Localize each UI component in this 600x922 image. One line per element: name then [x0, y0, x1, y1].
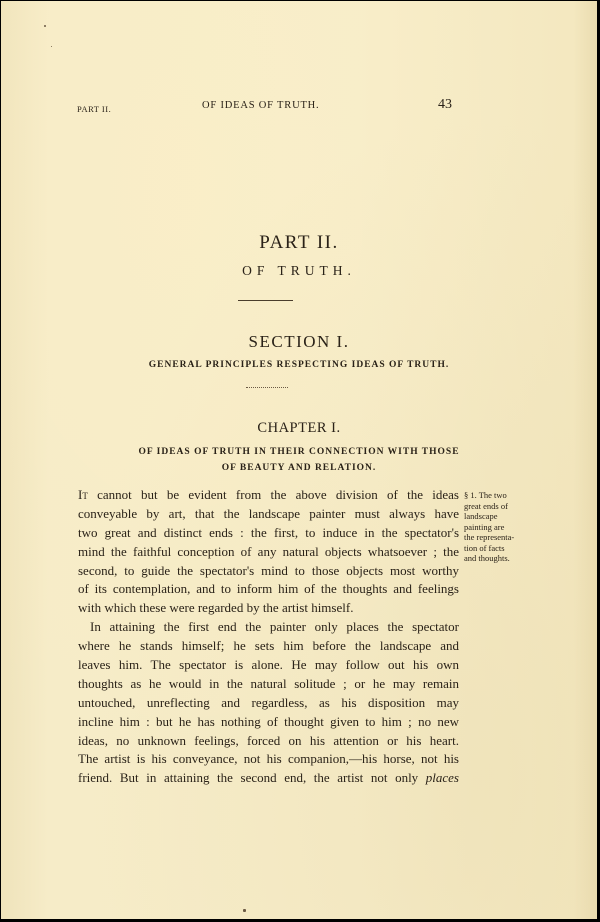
running-head-part: PART II. — [77, 104, 111, 114]
italic-word: places — [426, 770, 459, 785]
part-subtitle: OF TRUTH. — [1, 263, 597, 279]
section-subtitle: GENERAL PRINCIPLES RESPECTING IDEAS OF T… — [1, 360, 597, 370]
page-number: 43 — [438, 97, 452, 113]
chapter-title: CHAPTER I. — [1, 420, 597, 437]
text-line: It cannot but be evident from the above … — [78, 486, 459, 505]
text-line: In attaining the first end the painter o… — [78, 618, 459, 637]
text-line: ideas, no unknown feelings, forced on hi… — [78, 732, 459, 751]
divider-rule — [238, 300, 293, 301]
text-line: two great and distinct ends : the first,… — [78, 524, 459, 543]
text-line: The artist is his conveyance, not his co… — [78, 750, 459, 769]
margin-note-line: § 1. The two — [464, 490, 544, 501]
text-line: friend. But in attaining the second end,… — [78, 769, 459, 788]
running-head-title: OF IDEAS OF TRUTH. — [202, 100, 319, 111]
chapter-subtitle: OF IDEAS OF TRUTH IN THEIR CONNECTION WI… — [1, 444, 597, 476]
margin-note-line: tion of facts — [464, 543, 544, 554]
margin-note-line: the representa- — [464, 532, 544, 543]
body-text: It cannot but be evident from the above … — [78, 486, 459, 788]
margin-note-line: great ends of — [464, 501, 544, 512]
margin-note-line: landscape — [464, 511, 544, 522]
text-line: untouched, unreflecting and regardless, … — [78, 694, 459, 713]
text-line: of its contemplation, and to inform him … — [78, 580, 459, 599]
paper-speck — [51, 46, 52, 47]
text-line: incline him : but he has nothing of thou… — [78, 713, 459, 732]
book-page: PART II. OF IDEAS OF TRUTH. 43 PART II. … — [1, 1, 597, 919]
margin-note-line: and thoughts. — [464, 553, 544, 564]
dropcap-word: It — [78, 487, 88, 502]
text-line: conveyable by art, that the landscape pa… — [78, 505, 459, 524]
chapter-subtitle-line: OF BEAUTY AND RELATION. — [1, 460, 597, 476]
paper-speck — [243, 909, 246, 912]
text-line: mind the faithful conception of any natu… — [78, 543, 459, 562]
chapter-subtitle-line: OF IDEAS OF TRUTH IN THEIR CONNECTION WI… — [1, 444, 597, 460]
section-title: SECTION I. — [1, 332, 597, 352]
dotted-ornament — [246, 387, 288, 388]
margin-note-line: painting are — [464, 522, 544, 533]
text-line: thoughts as he would in the natural soli… — [78, 675, 459, 694]
text-line: leaves him. The spectator is alone. He m… — [78, 656, 459, 675]
part-title: PART II. — [1, 232, 597, 254]
text-line: where he stands himself; he sets him bef… — [78, 637, 459, 656]
paper-speck — [44, 25, 46, 27]
margin-note: § 1. The two great ends of landscape pai… — [464, 490, 544, 564]
text-line: second, to guide the spectator's mind to… — [78, 562, 459, 581]
text-line: with which these were regarded by the ar… — [78, 599, 459, 618]
